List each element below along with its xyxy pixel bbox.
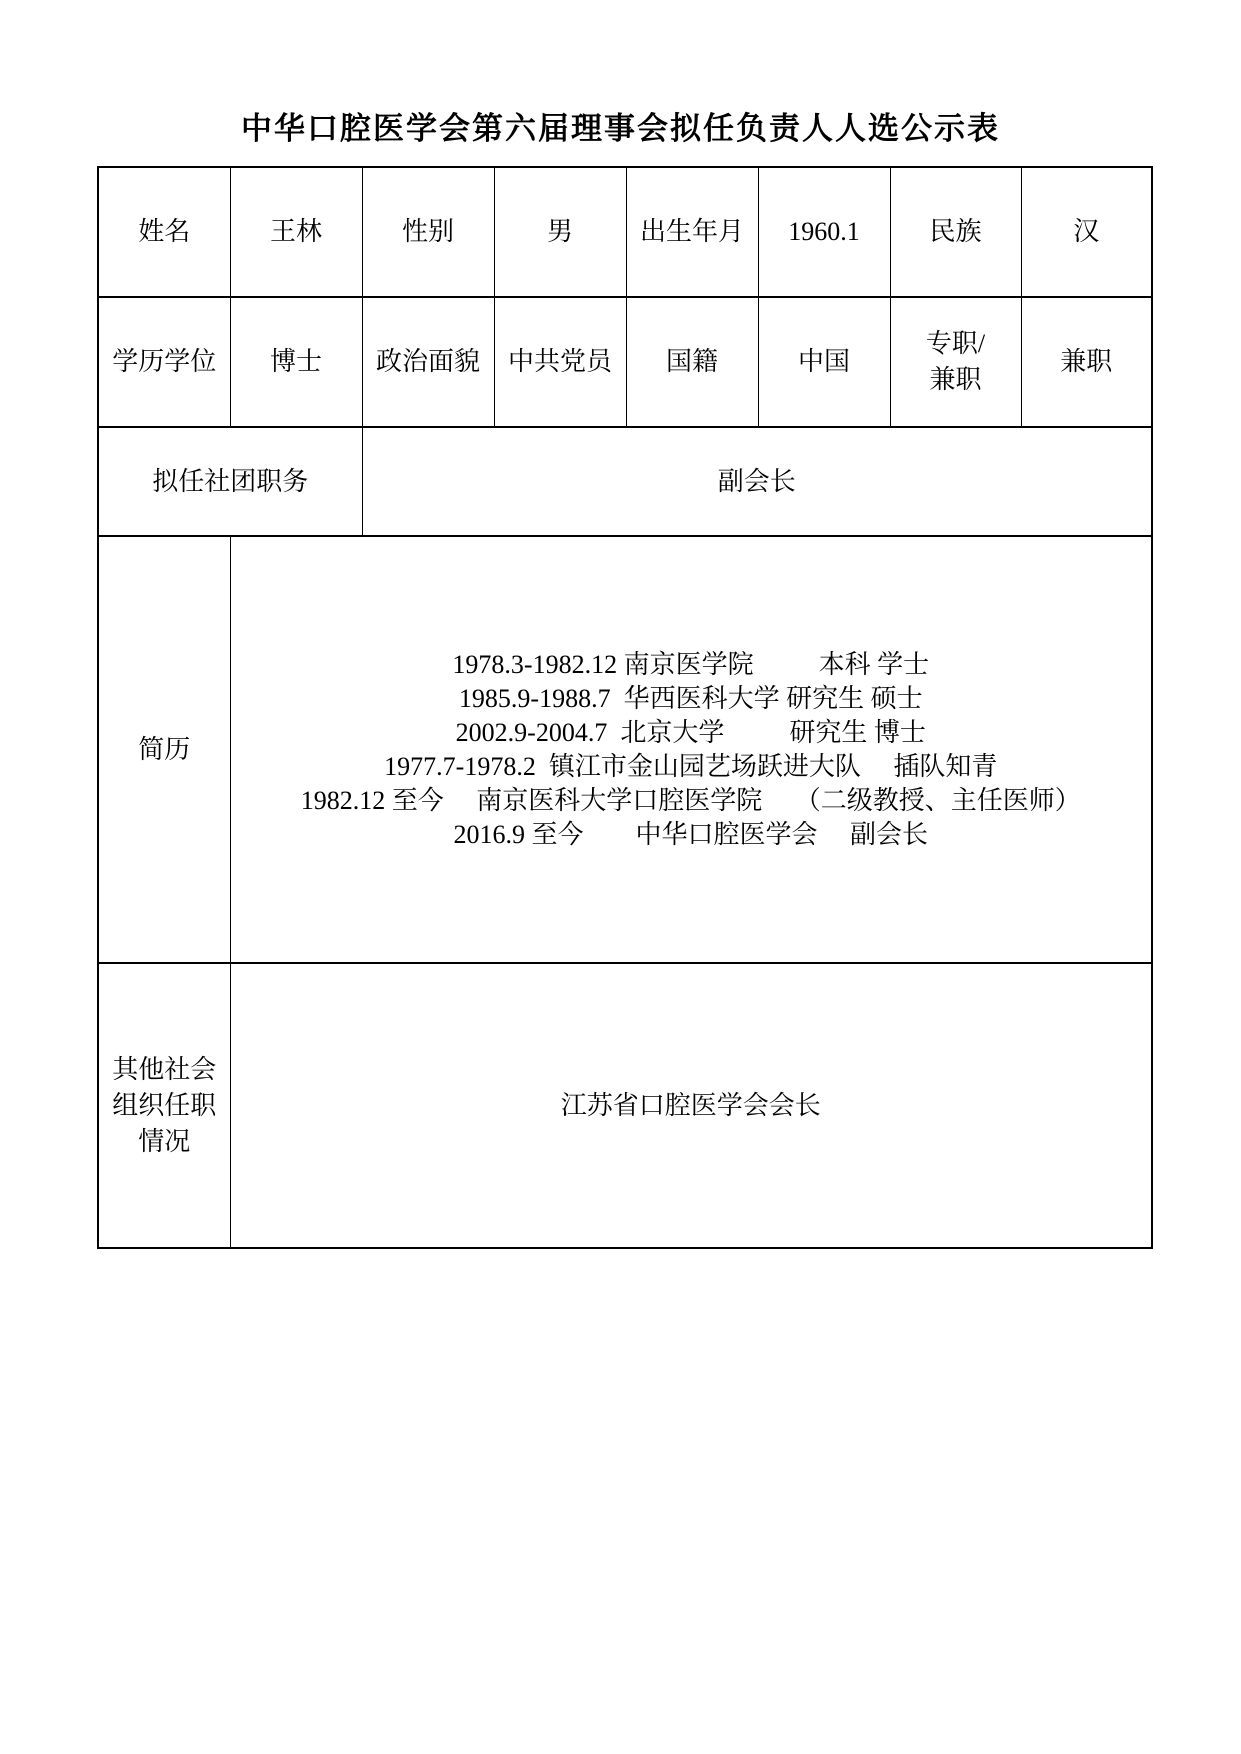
ethnicity-value-cell: 汉 — [1021, 167, 1152, 297]
gender-label-cell: 性别 — [362, 167, 494, 297]
resume-line: 1982.12 至今 南京医科大学口腔医学院 （二级教授、主任医师） — [231, 784, 1152, 818]
table-row-other-positions: 其他社会 组织任职 情况 江苏省口腔医学会会长 — [98, 963, 1152, 1248]
other-positions-label-cell: 其他社会 组织任职 情况 — [98, 963, 230, 1248]
resume-line: 1985.9-1988.7 华西医科大学 研究生 硕士 — [231, 682, 1152, 716]
table-row-basic-info-2: 学历学位 博士 政治面貌 中共党员 国籍 中国 专职/ 兼职 兼职 — [98, 297, 1152, 427]
resume-content-cell: 1978.3-1982.12 南京医学院 本科 学士 1985.9-1988.7… — [230, 536, 1152, 963]
education-label-cell: 学历学位 — [98, 297, 230, 427]
name-label-cell: 姓名 — [98, 167, 230, 297]
resume-line: 1977.7-1978.2 镇江市金山园艺场跃进大队 插队知青 — [231, 750, 1152, 784]
political-status-value-cell: 中共党员 — [494, 297, 626, 427]
proposed-position-value-cell: 副会长 — [362, 427, 1152, 536]
proposed-position-label-cell: 拟任社团职务 — [98, 427, 362, 536]
table-row-resume: 简历 1978.3-1982.12 南京医学院 本科 学士 1985.9-198… — [98, 536, 1152, 963]
employment-type-value-cell: 兼职 — [1021, 297, 1152, 427]
table-row-basic-info-1: 姓名 王林 性别 男 出生年月 1960.1 民族 汉 — [98, 167, 1152, 297]
resume-label-cell: 简历 — [98, 536, 230, 963]
employment-type-label-cell: 专职/ 兼职 — [890, 297, 1021, 427]
nationality-value-cell: 中国 — [758, 297, 890, 427]
table-row-proposed-position: 拟任社团职务 副会长 — [98, 427, 1152, 536]
resume-line: 1978.3-1982.12 南京医学院 本科 学士 — [231, 648, 1152, 682]
doc-title: 中华口腔医学会第六届理事会拟任负责人人选公示表 — [0, 108, 1241, 150]
political-status-label-cell: 政治面貌 — [362, 297, 494, 427]
other-positions-value-cell: 江苏省口腔医学会会长 — [230, 963, 1152, 1248]
document-page: 中华口腔医学会第六届理事会拟任负责人人选公示表 姓名 王林 性别 男 出生年月 … — [0, 0, 1241, 1754]
birthdate-value-cell: 1960.1 — [758, 167, 890, 297]
resume-line: 2002.9-2004.7 北京大学 研究生 博士 — [231, 716, 1152, 750]
name-value-cell: 王林 — [230, 167, 362, 297]
birthdate-label-cell: 出生年月 — [626, 167, 758, 297]
education-value-cell: 博士 — [230, 297, 362, 427]
gender-value-cell: 男 — [494, 167, 626, 297]
ethnicity-label-cell: 民族 — [890, 167, 1021, 297]
form-table: 姓名 王林 性别 男 出生年月 1960.1 民族 汉 学历学位 博士 政治面貌… — [97, 166, 1153, 1249]
nationality-label-cell: 国籍 — [626, 297, 758, 427]
resume-line: 2016.9 至今 中华口腔医学会 副会长 — [231, 818, 1152, 852]
